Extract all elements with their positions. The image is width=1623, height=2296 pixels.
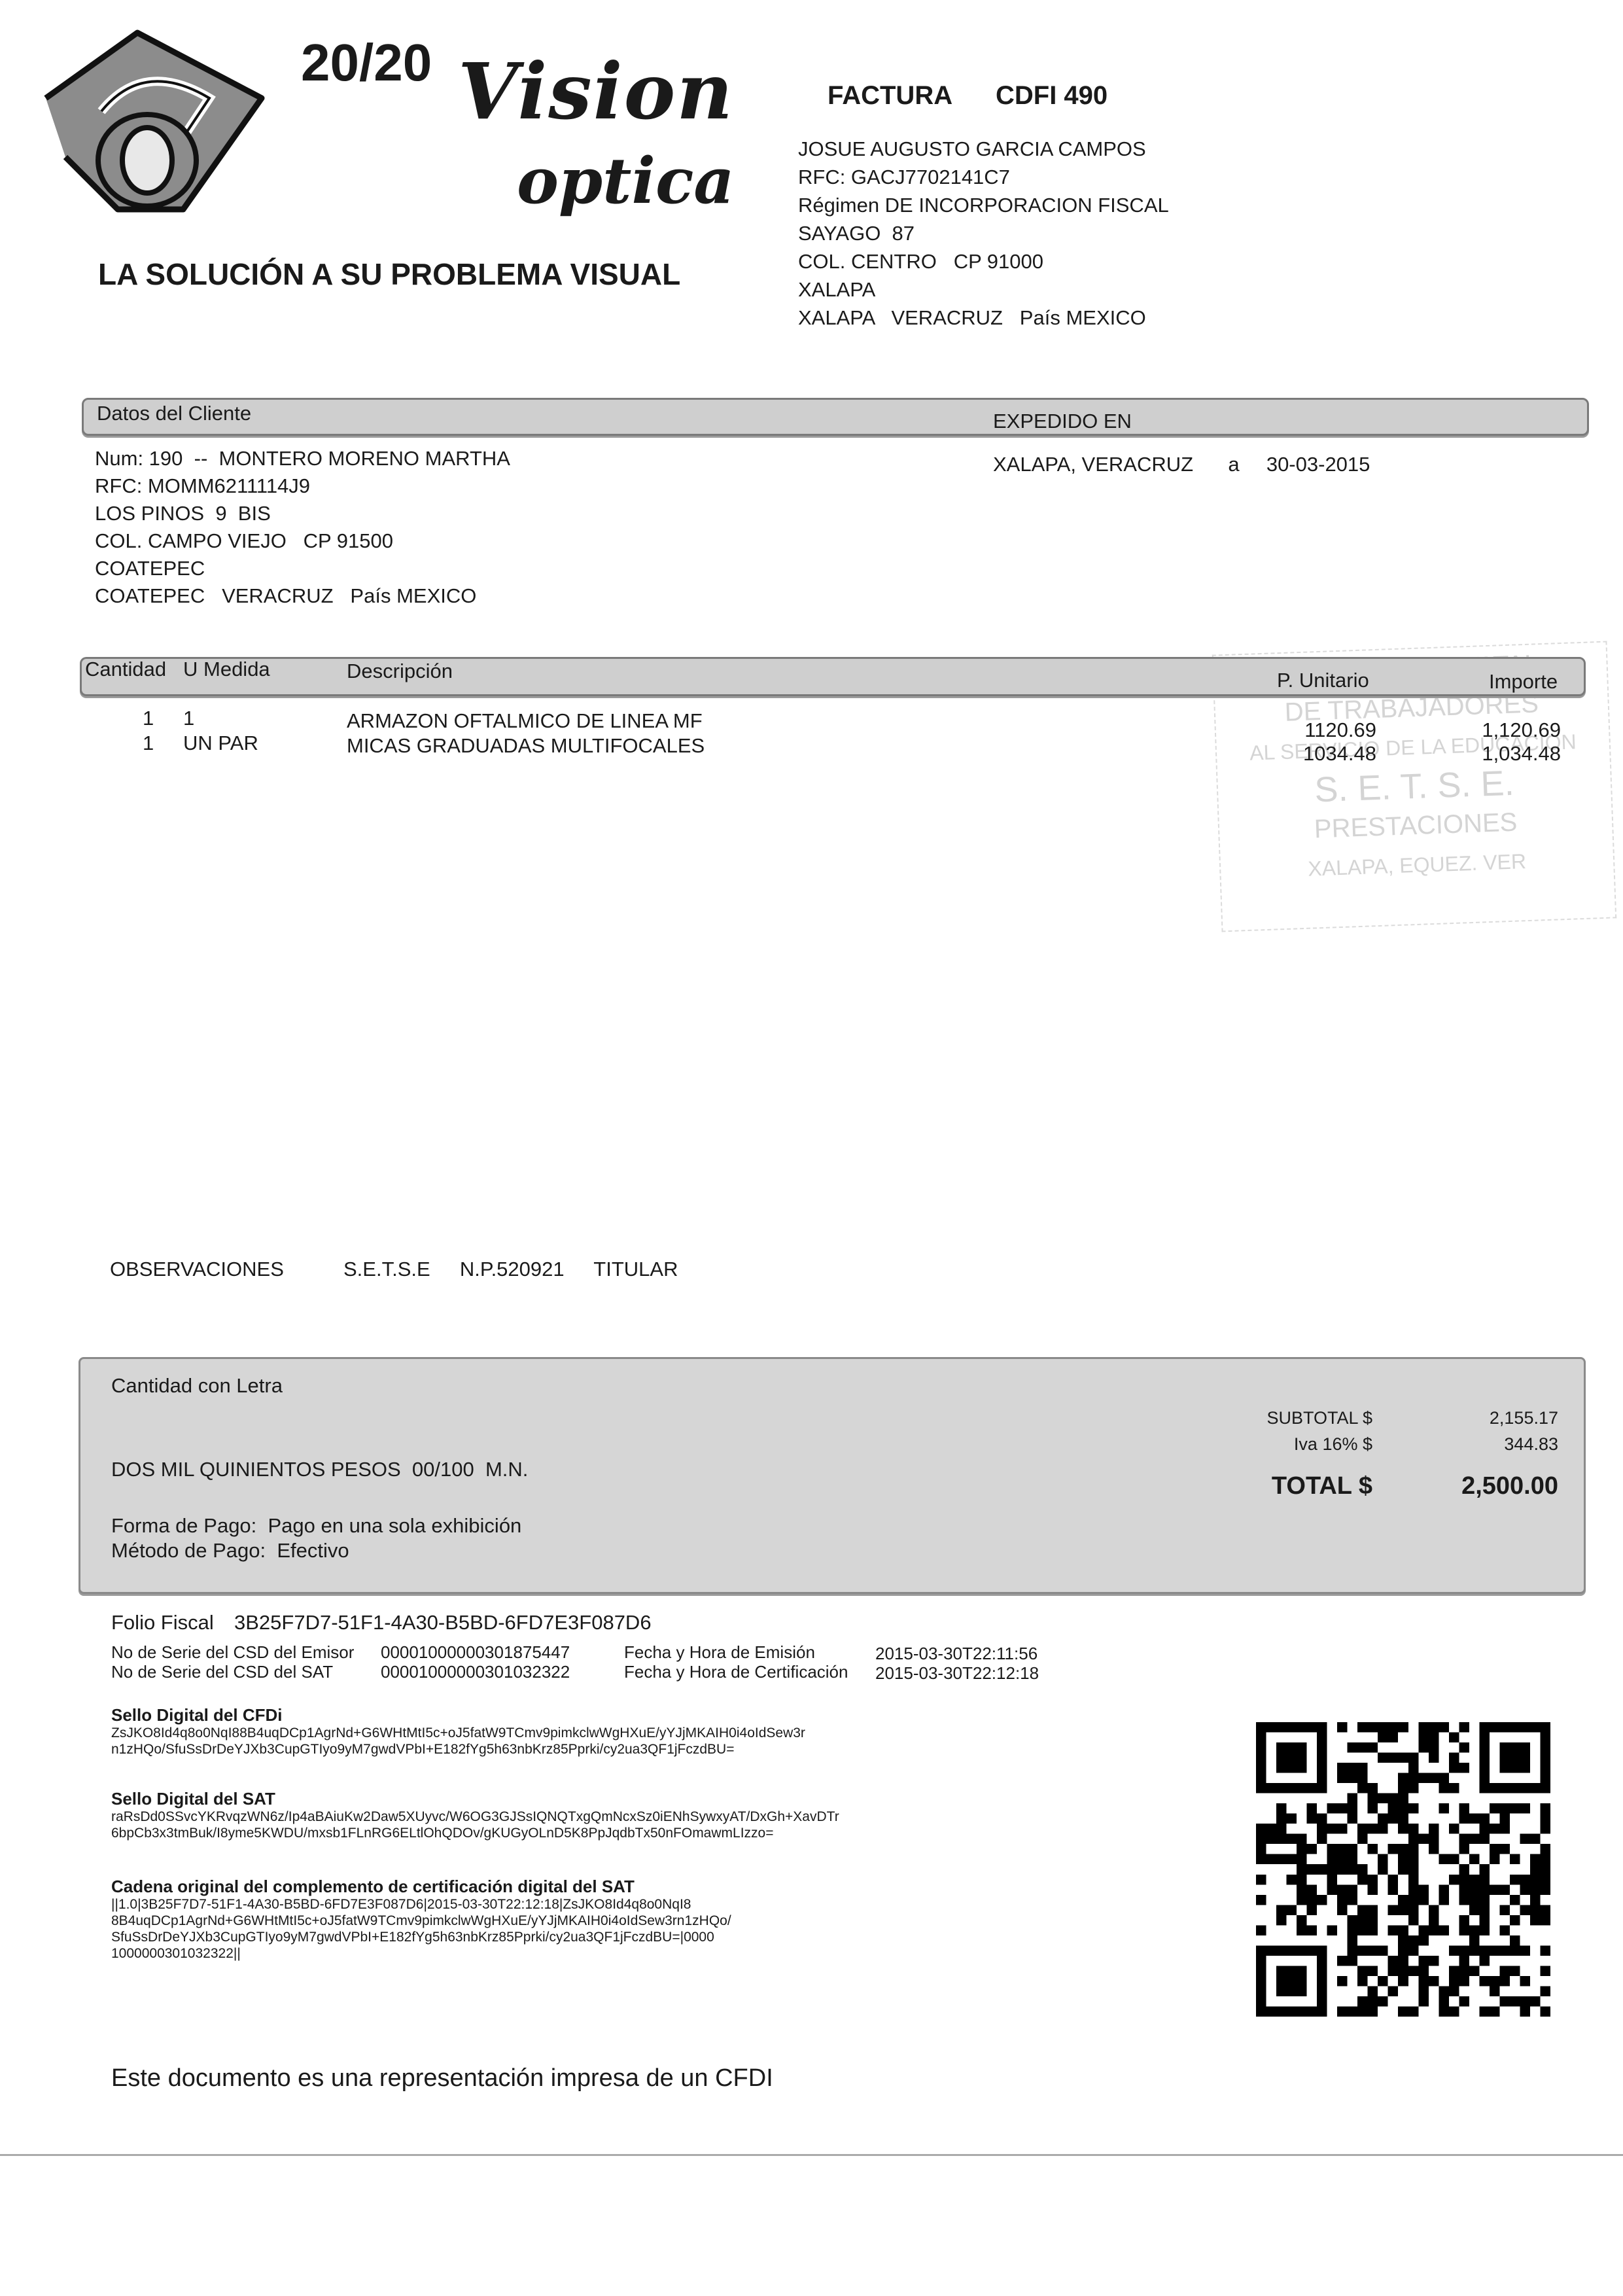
sello-sat-value: raRsDd0SSvcYKRvqzWN6z/Ip4aBAiuKw2Daw5XUy… [111,1809,839,1841]
expedido-sep: a [1228,453,1239,476]
cfdi-note: Este documento es una representación imp… [111,2064,773,2093]
issuer-state: XALAPA VERACRUZ País MEXICO [798,304,1169,332]
folio-label: Folio Fiscal [111,1611,214,1634]
cadena-value: ||1.0|3B25F7D7-51F1-4A30-B5BD-6FD7E3F087… [111,1896,731,1962]
row-descripcion: ARMAZON OFTALMICO DE LINEA MF [347,709,703,733]
row-unidad: 1 [183,707,194,730]
page-edge-divider [0,2154,1623,2156]
expedido-date: 30-03-2015 [1266,453,1370,476]
csd-sat-label: No de Serie del CSD del SAT [111,1662,333,1682]
row-importe: 1,120.69 [1426,718,1561,742]
subtotal-value: 2,155.17 [1388,1408,1558,1428]
folio-fiscal: Folio Fiscal 3B25F7D7-51F1-4A30-B5BD-6FD… [111,1611,652,1634]
observaciones-value: S.E.T.S.E N.P.520921 TITULAR [343,1258,678,1281]
issuer-street: SAYAGO 87 [798,219,1169,247]
slogan: LA SOLUCIÓN A SU PROBLEMA VISUAL [98,256,680,292]
expedido-label: EXPEDIDO EN [993,410,1132,433]
col-punitario: P. Unitario [1277,669,1369,692]
col-cantidad: Cantidad [85,658,166,681]
issuer-colonia: COL. CENTRO CP 91000 [798,247,1169,275]
iva-label: Iva 16% $ [1176,1434,1372,1455]
brand-subname: optica [517,144,735,218]
cantidad-letra: DOS MIL QUINIENTOS PESOS 00/100 M.N. [111,1458,528,1481]
csd-sat-value: 00001000000301032322 [381,1662,570,1682]
sello-sat-label: Sello Digital del SAT [111,1789,275,1809]
sello-cfdi-value: ZsJKO8Id4q8o0NqI88B4uqDCp1AgrNd+G6WHtMtI… [111,1725,805,1757]
csd-emisor-value: 00001000000301875447 [381,1642,570,1663]
client-street: LOS PINOS 9 BIS [95,500,510,527]
brand-fraction: 20/20 [301,33,432,93]
client-city: COATEPEC [95,555,510,582]
metodo-pago: Método de Pago: Efectivo [111,1539,349,1563]
row-cantidad: 1 [143,732,154,755]
row-cantidad: 1 [143,707,154,730]
emision-value: 2015-03-30T22:11:56 [875,1644,1038,1664]
emision-label: Fecha y Hora de Emisión [624,1642,815,1663]
row-importe: 1,034.48 [1426,742,1561,766]
client-state: COATEPEC VERACRUZ País MEXICO [95,582,510,610]
document-type: FACTURA [828,81,952,111]
col-unidad: U Medida [183,658,270,681]
folio-value: 3B25F7D7-51F1-4A30-B5BD-6FD7E3F087D6 [234,1611,652,1634]
client-num-name: Num: 190 -- MONTERO MORENO MARTHA [95,445,510,472]
row-punitario: 1120.69 [1243,718,1376,742]
issuer-regimen: Régimen DE INCORPORACION FISCAL [798,191,1169,219]
total-value: 2,500.00 [1388,1472,1558,1500]
row-punitario: 1034.48 [1243,742,1376,766]
certificacion-value: 2015-03-30T22:12:18 [875,1663,1039,1684]
issuer-city: XALAPA [798,275,1169,304]
subtotal-label: SUBTOTAL $ [1176,1408,1372,1428]
observaciones-label: OBSERVACIONES [110,1258,284,1281]
client-header-bar [82,398,1589,436]
row-unidad: UN PAR [183,732,258,755]
cadena-label: Cadena original del complemento de certi… [111,1877,635,1897]
issuer-rfc: RFC: GACJ7702141C7 [798,163,1169,191]
expedido-place: XALAPA, VERACRUZ [993,453,1193,476]
forma-pago: Forma de Pago: Pago en una sola exhibici… [111,1514,521,1538]
certificacion-label: Fecha y Hora de Certificación [624,1662,848,1682]
brand-name: Vision [458,46,734,137]
col-descripcion: Descripción [347,660,453,683]
expedido-block: XALAPA, VERACRUZ a 30-03-2015 [993,453,1370,476]
issuer-name: JOSUE AUGUSTO GARCIA CAMPOS [798,135,1169,163]
sello-cfdi-label: Sello Digital del CFDi [111,1705,282,1725]
row-descripcion: MICAS GRADUADAS MULTIFOCALES [347,734,705,758]
client-section-label: Datos del Cliente [97,402,251,425]
col-importe: Importe [1489,670,1558,694]
issuer-block: JOSUE AUGUSTO GARCIA CAMPOS RFC: GACJ770… [798,135,1169,332]
client-rfc: RFC: MOMM6211114J9 [95,472,510,500]
cantidad-letra-label: Cantidad con Letra [111,1374,283,1398]
csd-emisor-label: No de Serie del CSD del Emisor [111,1642,354,1663]
iva-value: 344.83 [1388,1434,1558,1455]
client-colonia: COL. CAMPO VIEJO CP 91500 [95,527,510,555]
qr-code-icon [1256,1722,1550,2017]
total-label: TOTAL $ [1176,1472,1372,1500]
eye-logo-icon [39,26,288,216]
document-number: CDFI 490 [996,81,1108,111]
client-block: Num: 190 -- MONTERO MORENO MARTHA RFC: M… [95,445,510,610]
